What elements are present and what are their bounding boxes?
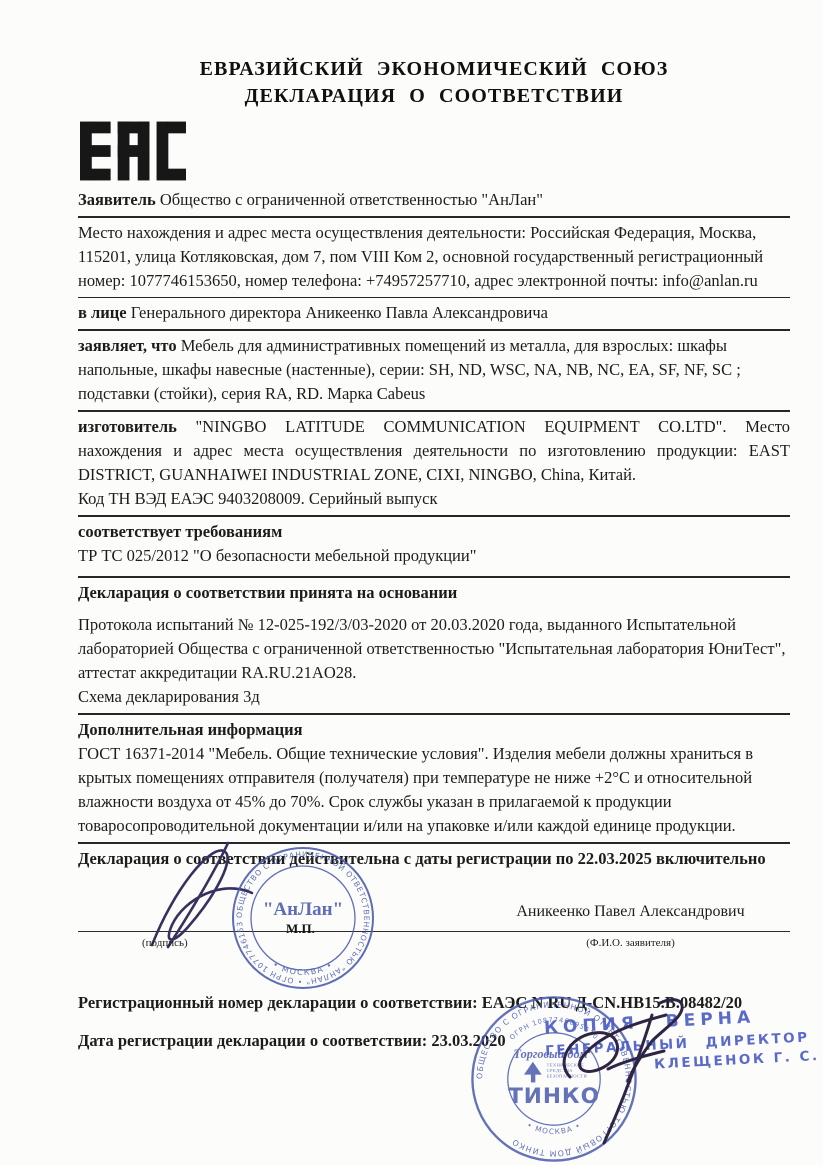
complies-text: ТР ТС 025/2012 "О безопасности мебельной… bbox=[78, 544, 790, 568]
scheme-line: Схема декларирования 3д bbox=[78, 685, 790, 709]
declaration-document: ЕВРАЗИЙСКИЙ ЭКОНОМИЧЕСКИЙ СОЮЗ ДЕКЛАРАЦИ… bbox=[0, 0, 823, 1165]
applicant-text: Общество с ограниченной ответственностью… bbox=[160, 190, 543, 209]
director-signature-icon bbox=[548, 985, 728, 1155]
tnved-line: Код ТН ВЭД ЕАЭС 9403208009. Серийный вып… bbox=[78, 487, 790, 511]
eac-logo bbox=[80, 120, 790, 184]
basis-paragraph: Протокола испытаний № 12-025-192/3/03-20… bbox=[78, 613, 790, 685]
manufacturer-label: изготовитель bbox=[78, 417, 177, 436]
divider bbox=[78, 713, 790, 715]
applicant-fio: Аникеенко Павел Александрович bbox=[458, 903, 803, 921]
complies-heading: соответствует требованиям bbox=[78, 520, 790, 544]
bottom-stamps-area: ОБЩЕСТВО С ОГРАНИЧЕННОЙ ОТВЕТСТВЕННОСТЬЮ… bbox=[0, 975, 823, 1165]
declares-text: Мебель для административных помещений из… bbox=[78, 336, 741, 403]
applicant-label: Заявитель bbox=[78, 190, 156, 209]
signature-block: ОБЩЕСТВО С ОГРАНИЧЕННОЙ ОТВЕТСТВЕННОСТЬЮ… bbox=[78, 879, 790, 977]
divider bbox=[78, 576, 790, 578]
divider bbox=[78, 329, 790, 331]
signature-caption: (подпись) bbox=[142, 937, 188, 949]
basis-heading: Декларация о соответствии принята на осн… bbox=[78, 581, 790, 605]
additional-paragraph: ГОСТ 16371-2014 "Мебель. Общие техническ… bbox=[78, 742, 790, 838]
in-person-text: Генерального директора Аникеенко Павла А… bbox=[131, 303, 548, 322]
mp-mark: М.П. bbox=[286, 921, 315, 937]
tinko-tree-icon bbox=[524, 1062, 542, 1083]
declares-paragraph: заявляет, что Мебель для административны… bbox=[78, 334, 790, 406]
declares-label: заявляет, что bbox=[78, 336, 177, 355]
manufacturer-paragraph: изготовитель "NINGBO LATITUDE COMMUNICAT… bbox=[78, 415, 790, 487]
manufacturer-text: "NINGBO LATITUDE COMMUNICATION EQUIPMENT… bbox=[78, 417, 790, 484]
declaration-title: ДЕКЛАРАЦИЯ О СООТВЕТСТВИИ bbox=[78, 83, 790, 110]
divider bbox=[78, 216, 790, 218]
document-content: ЕВРАЗИЙСКИЙ ЭКОНОМИЧЕСКИЙ СОЮЗ ДЕКЛАРАЦИ… bbox=[0, 0, 823, 1053]
document-header: ЕВРАЗИЙСКИЙ ЭКОНОМИЧЕСКИЙ СОЮЗ ДЕКЛАРАЦИ… bbox=[78, 56, 790, 110]
anlan-stamp-center-text: "АнЛан" bbox=[263, 899, 343, 920]
additional-heading: Дополнительная информация bbox=[78, 718, 790, 742]
divider bbox=[78, 297, 790, 298]
in-person-label: в лице bbox=[78, 303, 127, 322]
divider bbox=[78, 515, 790, 517]
address-paragraph: Место нахождения и адрес места осуществл… bbox=[78, 221, 790, 293]
fio-caption: (Ф.И.О. заявителя) bbox=[458, 937, 803, 949]
divider bbox=[78, 410, 790, 412]
in-person-line: в лице Генерального директора Аникеенко … bbox=[78, 301, 790, 325]
eac-mark-icon bbox=[80, 120, 186, 182]
anlan-stamp-icon: ОБЩЕСТВО С ОГРАНИЧЕННОЙ ОТВЕТСТВЕННОСТЬЮ… bbox=[228, 843, 378, 993]
applicant-line: Заявитель Общество с ограниченной ответс… bbox=[78, 188, 790, 212]
union-title: ЕВРАЗИЙСКИЙ ЭКОНОМИЧЕСКИЙ СОЮЗ bbox=[78, 56, 790, 83]
